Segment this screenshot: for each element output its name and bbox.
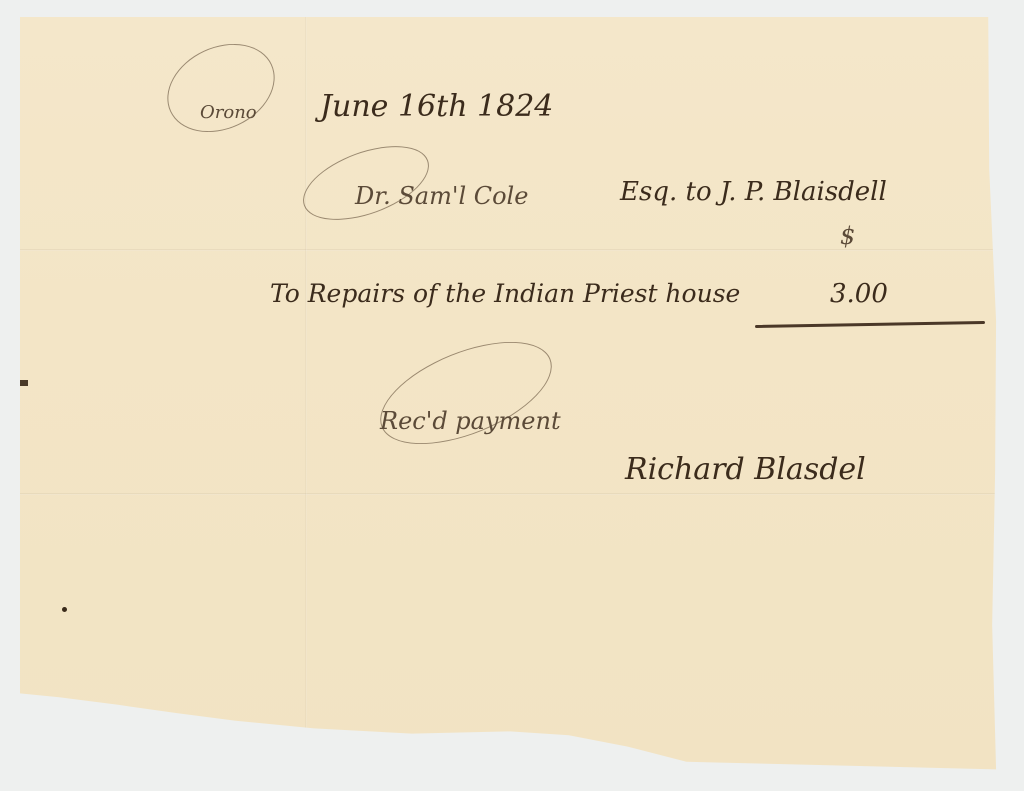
signature: Richard Blasdel	[625, 452, 866, 487]
debtor-text: Dr. Sam'l Cole	[355, 182, 528, 210]
creditor-text: Esq. to J. P. Blaisdell	[620, 177, 887, 207]
receipt-paper: Orono June 16th 1824 Dr. Sam'l Cole Esq.…	[20, 17, 1000, 777]
item-amount: 3.00	[830, 279, 888, 309]
ink-spot	[62, 607, 67, 612]
total-rule	[755, 321, 985, 328]
receipt-note: Rec'd payment	[380, 407, 561, 435]
place-text: Orono	[200, 102, 257, 123]
fold-line-vertical	[305, 17, 307, 777]
ink-mark	[20, 380, 28, 386]
item-description: To Repairs of the Indian Priest house	[270, 279, 740, 308]
flourish-r	[366, 321, 565, 465]
currency-symbol: $	[840, 222, 855, 250]
fold-line-horizontal	[20, 493, 1000, 495]
date-text: June 16th 1824	[320, 89, 553, 124]
flourish-o	[153, 27, 289, 149]
